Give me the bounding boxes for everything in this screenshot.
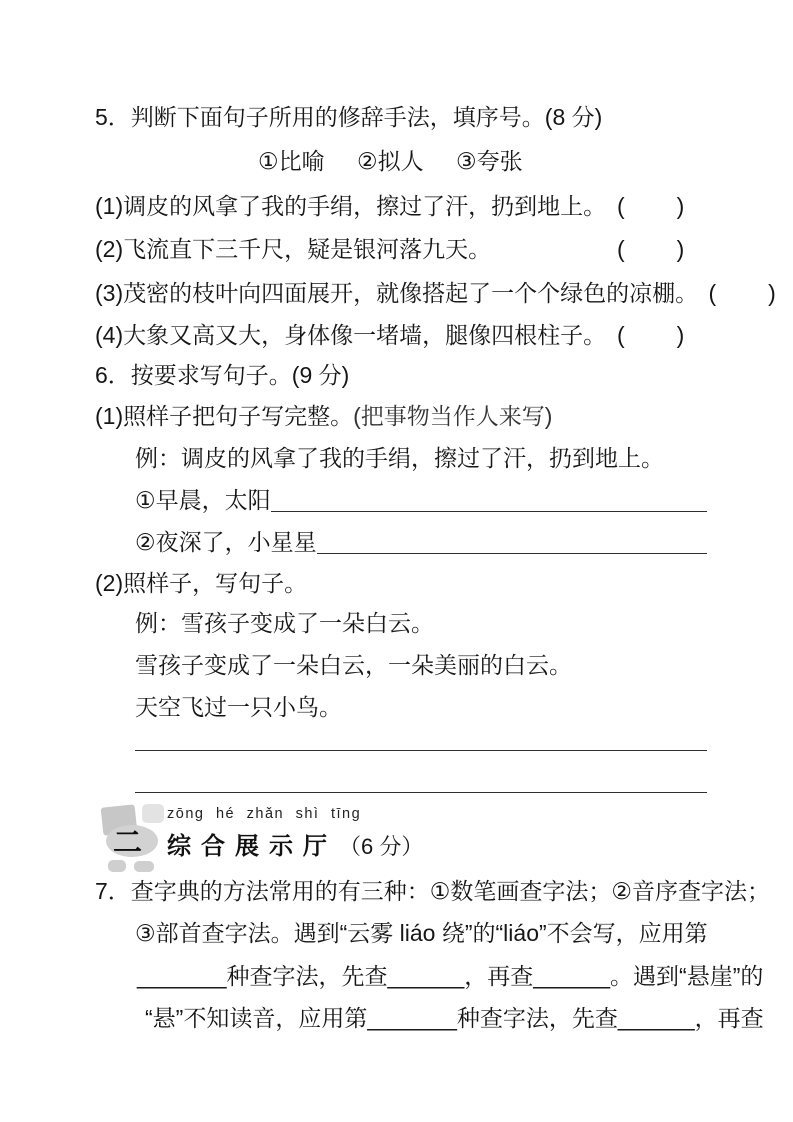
q6-stem: 6．按要求写句子。(9 分) [95,361,349,389]
mascot-shape [142,804,164,823]
section-score: （6 分） [339,834,423,859]
q5-option-3: ③夸张 [456,148,523,174]
section-title-pinyin: zōng hé zhǎn shì tīng [167,806,361,822]
q6-fill-1-answer-blank [271,487,707,512]
q5-item-4-text: (4)大象又高又大，身体像一堵墙，腿像四根柱子。 [95,322,606,348]
mascot-shape [108,860,126,872]
q7-line-3: _______种查字法，先查______，再查______。遇到“悬崖”的 [137,962,763,990]
q5-item-2-answer-paren: ( ) [617,235,686,263]
worksheet-page: 5．判断下面句子所用的修辞手法，填序号。(8 分) ①比喻 ②拟人 ③夸张 (1… [0,0,793,1122]
q6-part2-label: (2)照样子，写句子。 [95,569,307,597]
q5-stem: 5．判断下面句子所用的修辞手法，填序号。(8 分) [95,103,602,131]
section-title: 综合展示厅 [167,833,337,860]
q6-answer-line-1 [135,723,707,751]
q6-part1-label: (1)照样子把句子写完整。 [95,403,353,429]
q5-item-3-text: (3)茂密的枝叶向四面展开，就像搭起了一个个绿色的凉棚。 [95,280,698,306]
q5-item-2: (2)飞流直下三千尺，疑是银河落九天。 ( ) [95,235,730,263]
q6-fill-2-answer-blank [317,529,707,554]
q5-item-1: (1)调皮的风拿了我的手绢，擦过了汗，扔到地上。 ( ) [95,192,730,220]
q6-part2-prompt: 天空飞过一只小鸟。 [135,693,342,721]
q5-option-2: ②拟人 [357,148,424,174]
q6-part1-label-line: (1)照样子把句子写完整。(把事物当作人来写) [95,402,552,430]
mascot-shape [134,861,154,872]
q5-item-1-text: (1)调皮的风拿了我的手绢，擦过了汗，扔到地上。 [95,193,606,219]
section-title-row: 综合展示厅（6 分） [167,826,423,861]
q6-fill-2-prefix: ②夜深了，小星星 [135,528,317,556]
q7-line-2: ③部首查字法。遇到“云雾 liáo 绕”的“liáo”不会写，应用第 [135,919,708,947]
q6-part2-example: 例：雪孩子变成了一朵白云。 [135,609,434,637]
q5-item-3-answer-paren: ( ) [709,280,778,306]
q5-option-1: ①比喻 [258,148,325,174]
q6-answer-line-2 [135,765,707,793]
q6-fill-1: ①早晨，太阳 [135,486,707,514]
q5-item-2-text: (2)飞流直下三千尺，疑是银河落九天。 [95,236,491,262]
q5-item-3: (3)茂密的枝叶向四面展开，就像搭起了一个个绿色的凉棚。 ( ) [95,279,730,307]
q7-line-1: 7．查字典的方法常用的有三种：①数笔画查字法；②音序查字法； [95,877,770,905]
section-mascot-icon: 二 [100,803,166,875]
section-numeral: 二 [113,820,142,861]
q7-line-4: “悬”不知读音，应用第_______种查字法，先查______，再查 [145,1004,764,1032]
q5-item-1-answer-paren: ( ) [617,192,686,220]
q5-item-4-answer-paren: ( ) [617,321,686,349]
q6-fill-2: ②夜深了，小星星 [135,528,707,556]
q6-part1-hint: (把事物当作人来写) [353,403,552,429]
q5-options: ①比喻 ②拟人 ③夸张 [258,147,523,175]
q6-fill-1-prefix: ①早晨，太阳 [135,486,271,514]
q5-item-4: (4)大象又高又大，身体像一堵墙，腿像四根柱子。 ( ) [95,321,730,349]
q6-part1-example: 例：调皮的风拿了我的手绢，擦过了汗，扔到地上。 [135,444,664,472]
q6-part2-expanded: 雪孩子变成了一朵白云，一朵美丽的白云。 [135,651,572,679]
